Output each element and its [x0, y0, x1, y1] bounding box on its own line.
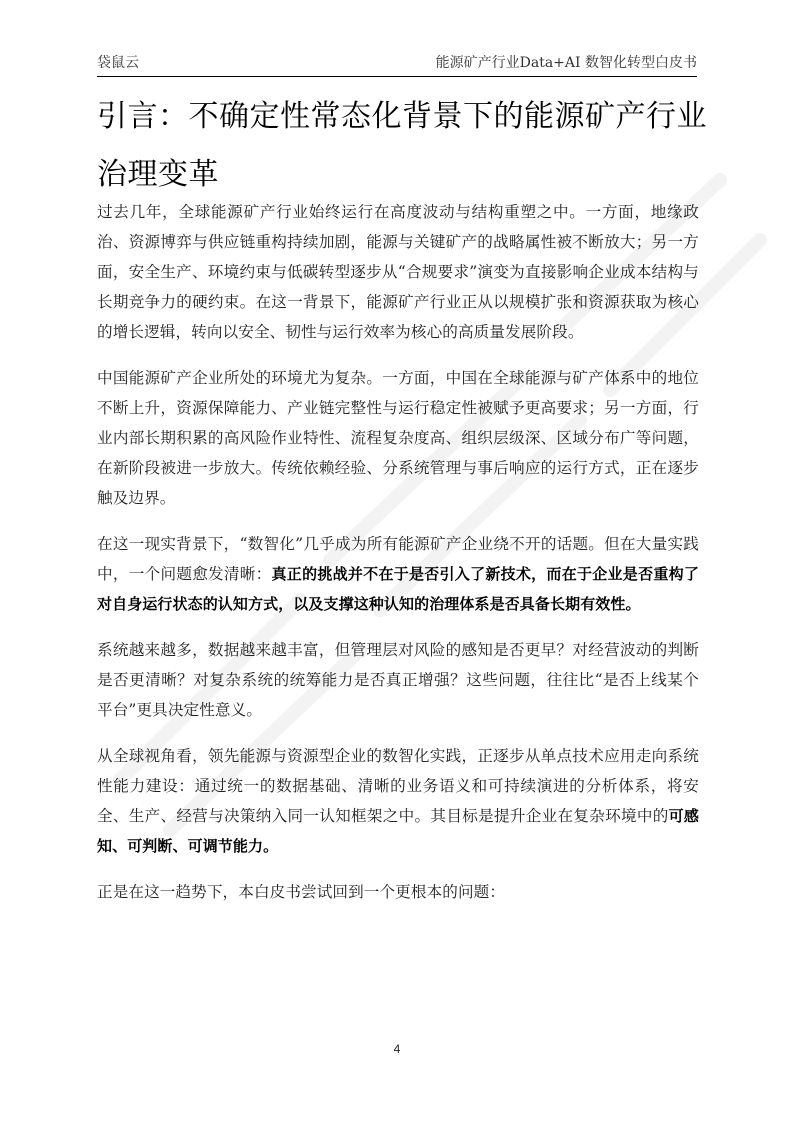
- paragraph: 正是在这一趋势下，本白皮书尝试回到一个更根本的问题：: [97, 877, 699, 907]
- page-number: 4: [0, 1042, 794, 1056]
- paragraph-text: 正是在这一趋势下，本白皮书尝试回到一个更根本的问题：: [97, 883, 505, 901]
- section-title: 引言：不确定性常态化背景下的能源矿产行业 治理变革: [97, 88, 707, 204]
- document-page: 袋鼠云 能源矿产行业Data+AI 数智化转型白皮书 引言：不确定性常态化背景下…: [0, 0, 794, 1123]
- paragraph: 中国能源矿产企业所处的环境尤为复杂。一方面，中国在全球能源与矿产体系中的地位不断…: [97, 363, 699, 513]
- body-content: 过去几年，全球能源矿产行业始终运行在高度波动与结构重塑之中。一方面，地缘政治、资…: [97, 197, 699, 923]
- paragraph-text: 系统越来越多，数据越来越丰富，但管理层对风险的感知是否更早？对经营波动的判断是否…: [97, 641, 699, 719]
- section-title-line-2: 治理变革: [97, 157, 219, 192]
- paragraph-text: 从全球视角看，领先能源与资源型企业的数智化实践，正逐步从单点技术应用走向系统性能…: [97, 747, 699, 825]
- paragraph: 过去几年，全球能源矿产行业始终运行在高度波动与结构重塑之中。一方面，地缘政治、资…: [97, 197, 699, 347]
- paragraph: 在这一现实背景下，“数智化”几乎成为所有能源矿产企业绕不开的话题。但在大量实践中…: [97, 529, 699, 619]
- header-document-title: 能源矿产行业Data+AI 数智化转型白皮书: [436, 54, 697, 72]
- header-brand: 袋鼠云: [97, 54, 139, 72]
- page-header: 袋鼠云 能源矿产行业Data+AI 数智化转型白皮书: [97, 50, 697, 77]
- paragraph-text: 过去几年，全球能源矿产行业始终运行在高度波动与结构重塑之中。一方面，地缘政治、资…: [97, 203, 699, 341]
- paragraph-text: 中国能源矿产企业所处的环境尤为复杂。一方面，中国在全球能源与矿产体系中的地位不断…: [97, 369, 699, 507]
- section-title-line-1: 引言：不确定性常态化背景下的能源矿产行业: [97, 99, 707, 134]
- paragraph: 系统越来越多，数据越来越丰富，但管理层对风险的感知是否更早？对经营波动的判断是否…: [97, 635, 699, 725]
- paragraph: 从全球视角看，领先能源与资源型企业的数智化实践，正逐步从单点技术应用走向系统性能…: [97, 741, 699, 861]
